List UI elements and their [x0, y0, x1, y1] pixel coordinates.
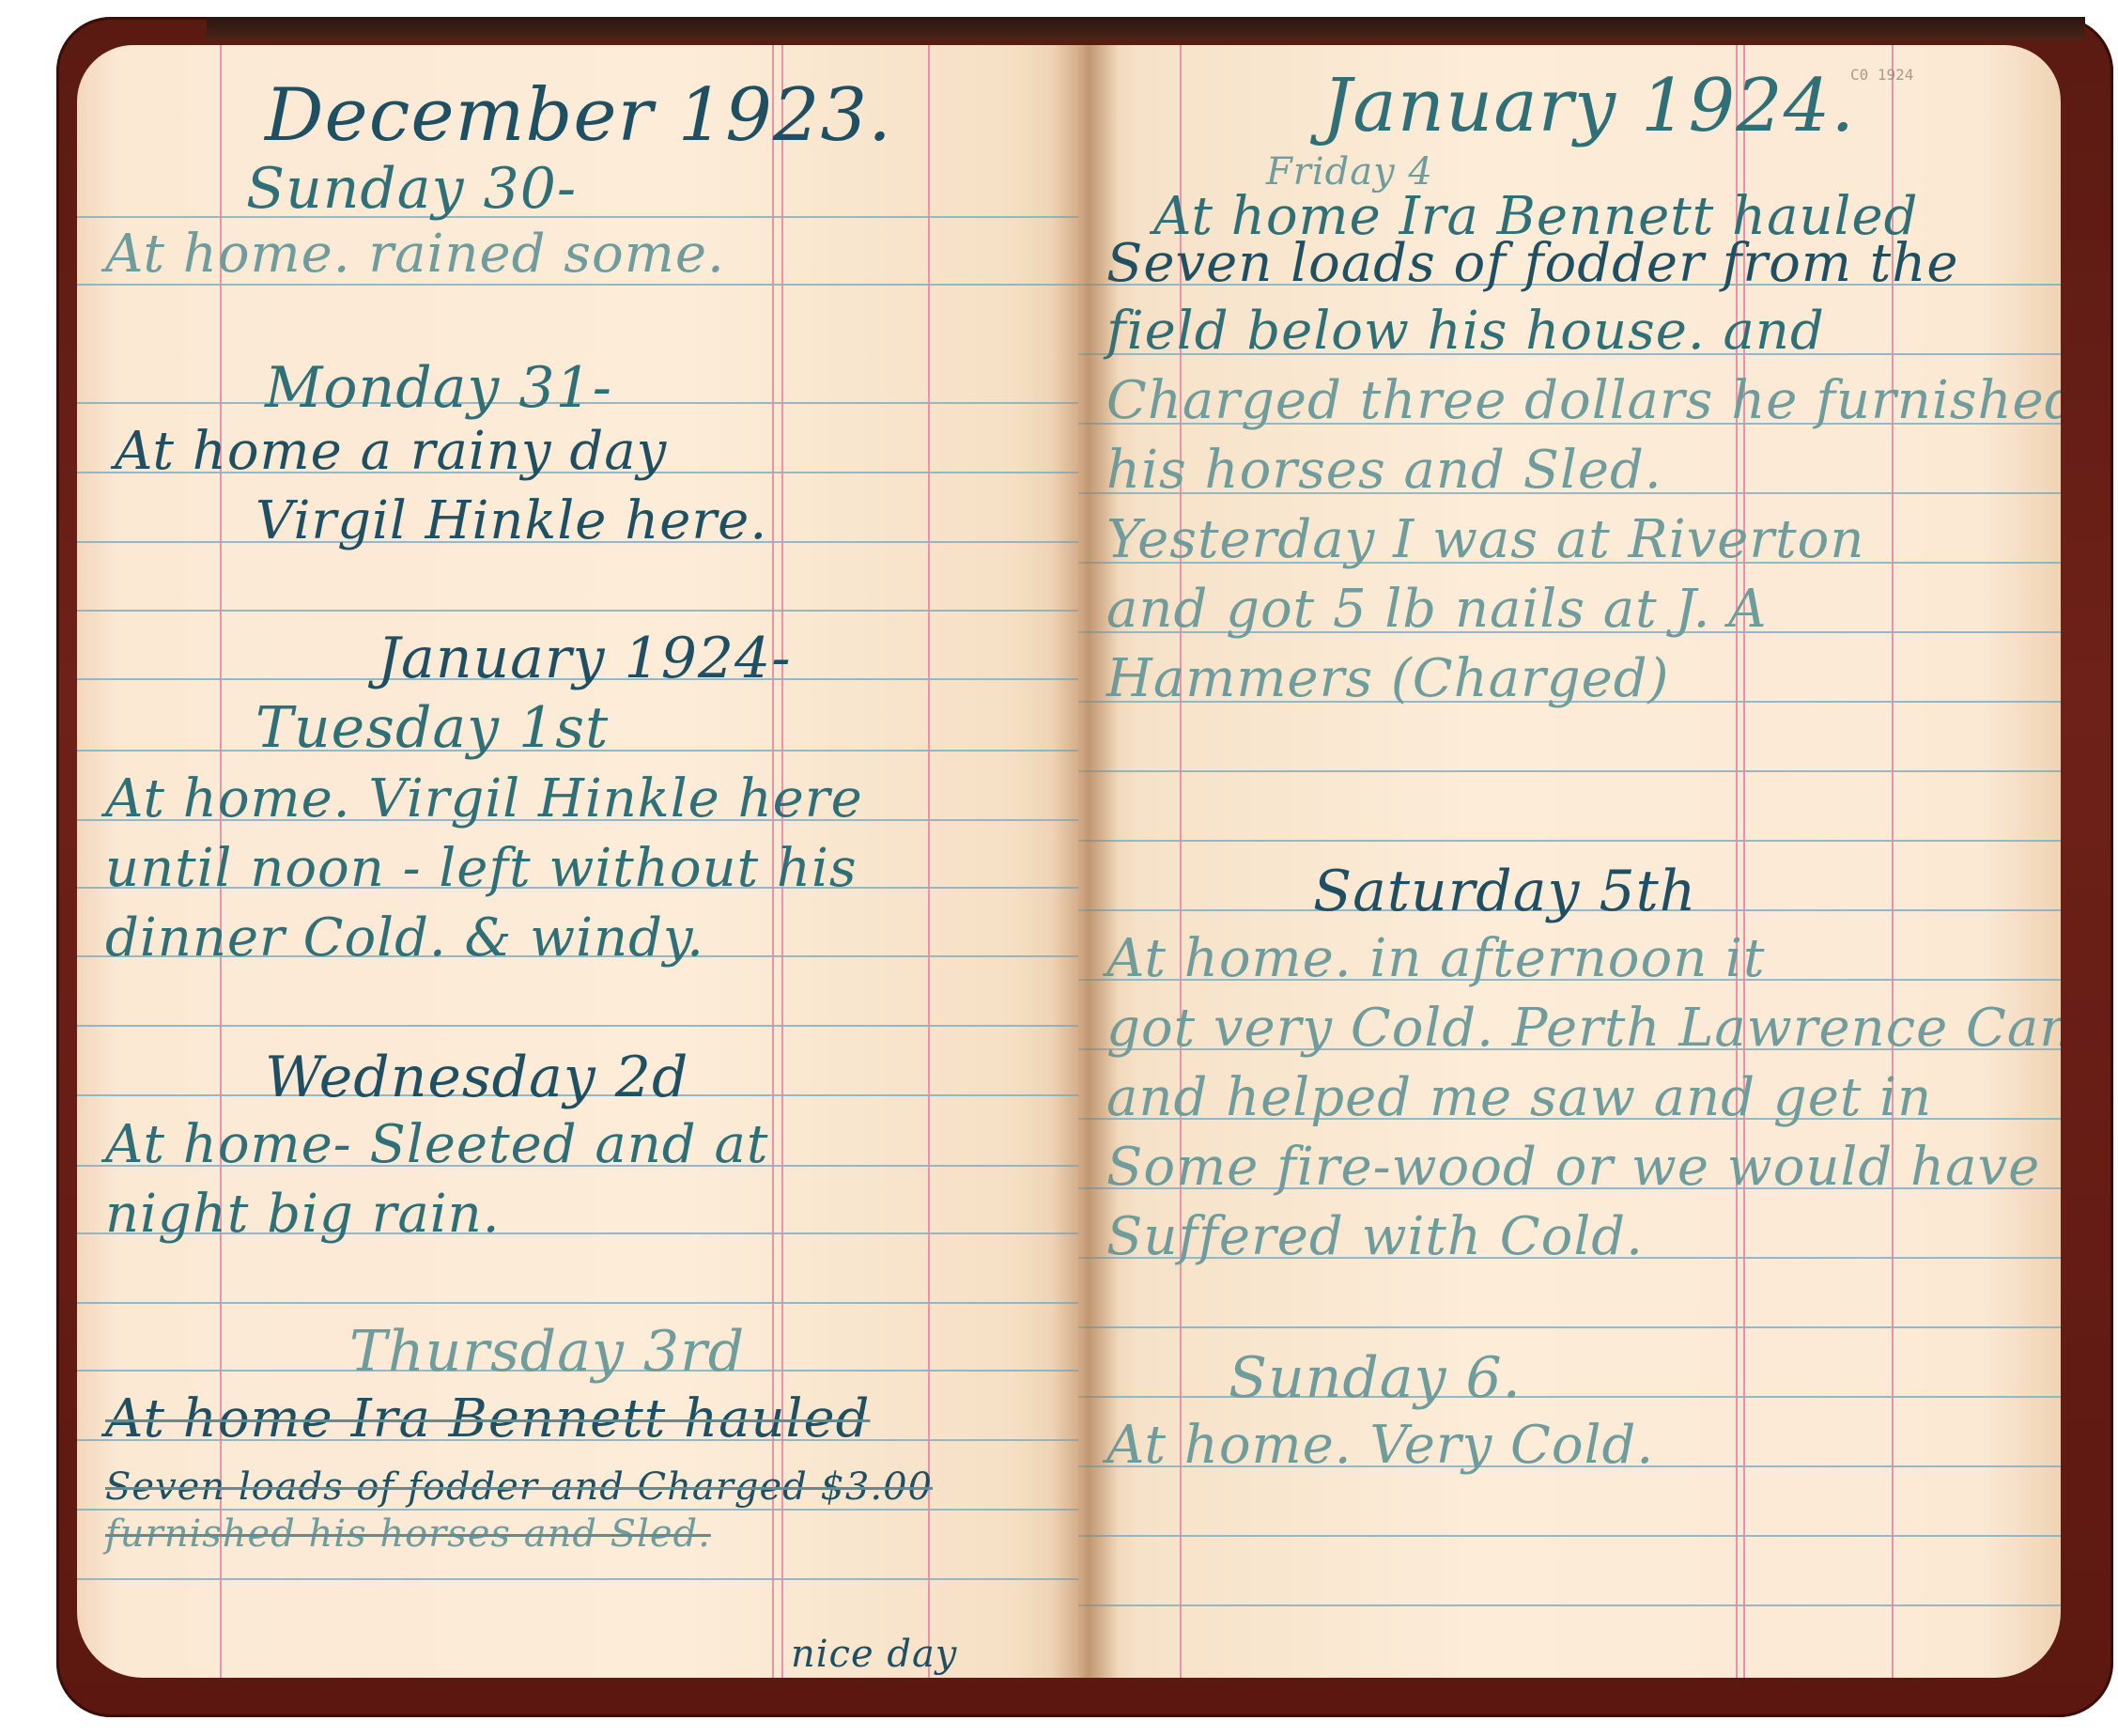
column-line	[928, 45, 930, 1678]
ruled-line	[1078, 1604, 2061, 1606]
entry-day-label: Wednesday 2d	[265, 1045, 688, 1110]
entry-line: At home- Sleeted and at	[105, 1114, 768, 1175]
entry-line: At home. Virgil Hinkle here	[105, 768, 863, 829]
struck-entry-line: Seven loads of fodder and Charged $3.00	[105, 1465, 933, 1509]
entry-line: dinner Cold. & windy.	[105, 907, 704, 969]
right-page: C0 1924 January 1924. Friday 4 At home I…	[1078, 45, 2061, 1678]
ruled-line	[77, 1509, 1091, 1511]
entry-line: Charged three dollars he furnished	[1106, 370, 2061, 431]
entry-line: At home a rainy day	[115, 421, 667, 482]
entry-day-label: Sunday 30-	[246, 156, 577, 222]
ruled-line	[1078, 1535, 2061, 1537]
entry-line: Seven loads of fodder from the	[1106, 233, 1958, 294]
entry-line: Yesterday I was at Riverton	[1106, 509, 1864, 570]
footer-note: nice day	[791, 1633, 957, 1676]
entry-line: night big rain.	[105, 1184, 501, 1245]
entry-line: and helped me saw and get in	[1106, 1067, 1932, 1128]
entry-line: and got 5 lb nails at J. A	[1106, 579, 1768, 640]
ruled-line	[1078, 1396, 2061, 1398]
ruled-line	[1078, 840, 2061, 842]
ruled-line	[77, 1302, 1091, 1304]
month-heading: December 1923.	[265, 73, 892, 158]
struck-entry-line: At home Ira Bennett hauled	[105, 1388, 870, 1449]
ruled-line	[77, 1025, 1091, 1027]
entry-day-label: Saturday 5th	[1313, 859, 1696, 924]
entry-line: field below his house. and	[1106, 301, 1825, 362]
entry-line: Hammers (Charged)	[1106, 648, 1669, 709]
struck-entry-line: furnished his horses and Sled.	[105, 1512, 711, 1556]
entry-line: At home. Very Cold.	[1106, 1415, 1654, 1476]
entry-line: Some fire-wood or we would have	[1106, 1137, 2040, 1198]
entry-day-label: Tuesday 1st	[255, 695, 609, 761]
ruled-line	[77, 216, 1091, 218]
entry-day-label: Monday 31-	[265, 355, 612, 421]
entry-day-label: Sunday 6.	[1229, 1345, 1522, 1411]
ruled-line	[77, 1578, 1091, 1580]
entry-line: At home. rained some.	[105, 224, 725, 285]
entry-line: his horses and Sled.	[1106, 440, 1662, 501]
ruled-line	[1078, 1326, 2061, 1328]
left-page: December 1923. Sunday 30- At home. raine…	[77, 45, 1091, 1678]
book-top-edge	[207, 17, 2085, 39]
ruled-line	[1078, 770, 2061, 772]
entry-line: At home. in afternoon it	[1106, 928, 1765, 989]
entry-line: got very Cold. Perth Lawrence Came	[1106, 998, 2061, 1059]
month-heading: January 1924-	[378, 626, 792, 691]
month-heading: January 1924.	[1322, 64, 1855, 148]
entry-line: Virgil Hinkle here.	[255, 490, 767, 551]
ruled-line	[77, 610, 1091, 612]
entry-day-label: Thursday 3rd	[349, 1319, 745, 1385]
entry-line: until noon - left without his	[105, 838, 858, 899]
entry-line: Suffered with Cold.	[1106, 1206, 1644, 1267]
printed-corner-mark: C0 1924	[1850, 66, 1913, 84]
